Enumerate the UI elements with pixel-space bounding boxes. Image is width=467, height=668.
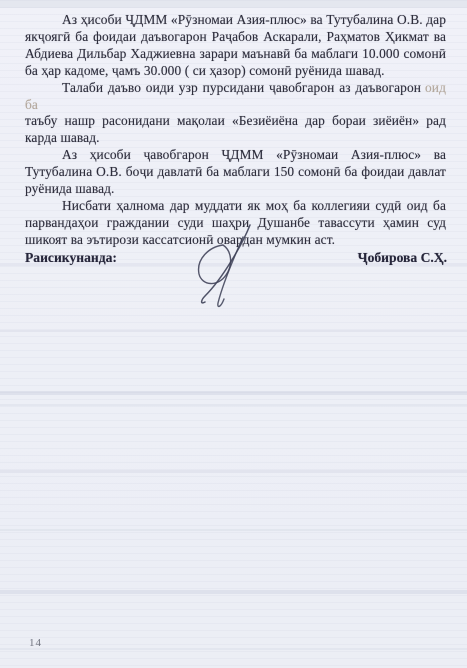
text-line-main: Талаби даъво оиди узр пурсидани ҷавобгар… [62,80,421,95]
text-line: карда шавад. [25,130,446,147]
scan-streak [0,404,467,406]
scan-streak [0,330,467,332]
text-line: ба ҳар кадоме, ҷамъ 30.000 ( си ҳазор) с… [25,63,446,80]
handwritten-signature [183,219,267,323]
text-line: таъбу нашр расонидани мақолаи «Безиёиёна… [25,113,446,130]
text-line: Нисбати ҳалнома дар муддати як моҳ ба ко… [25,198,446,215]
scan-streak [0,648,467,650]
page-number: 14 [29,637,42,649]
scan-streak [0,0,467,8]
ruling-text-block: Аз ҳисоби ҶДММ «Рӯзномаи Азия-плюс» ва Т… [25,12,446,249]
text-line: Талаби даъво оиди узр пурсидани ҷавобгар… [25,80,446,114]
chairperson-label: Раисикунанда: [25,250,117,266]
text-line: Аз ҳисоби ҶДММ «Рӯзномаи Азия-плюс» ва Т… [25,12,446,29]
scan-streak [0,391,467,395]
text-line: якҷоягӣ ба фоидаи даъвогарон Раҷабов Аск… [25,29,446,46]
scan-streak [0,590,467,594]
text-line: Аз ҳисоби ҷавобгарон ҶДММ «Рӯзномаи Азия… [25,147,446,164]
text-line: Абдиева Дильбар Хаджиевна зарари маънавӣ… [25,46,446,63]
scan-streak [0,529,467,531]
scanned-court-document-page: Аз ҳисоби ҶДММ «Рӯзномаи Азия-плюс» ва Т… [0,0,467,668]
text-line: Тутубалина О.В. боҷи давлатӣ ба маблаги … [25,164,446,181]
scan-streak [0,470,467,473]
text-line: руёнида шавад. [25,181,446,198]
signer-name: Ҷобирова С.Ҳ. [358,250,447,266]
